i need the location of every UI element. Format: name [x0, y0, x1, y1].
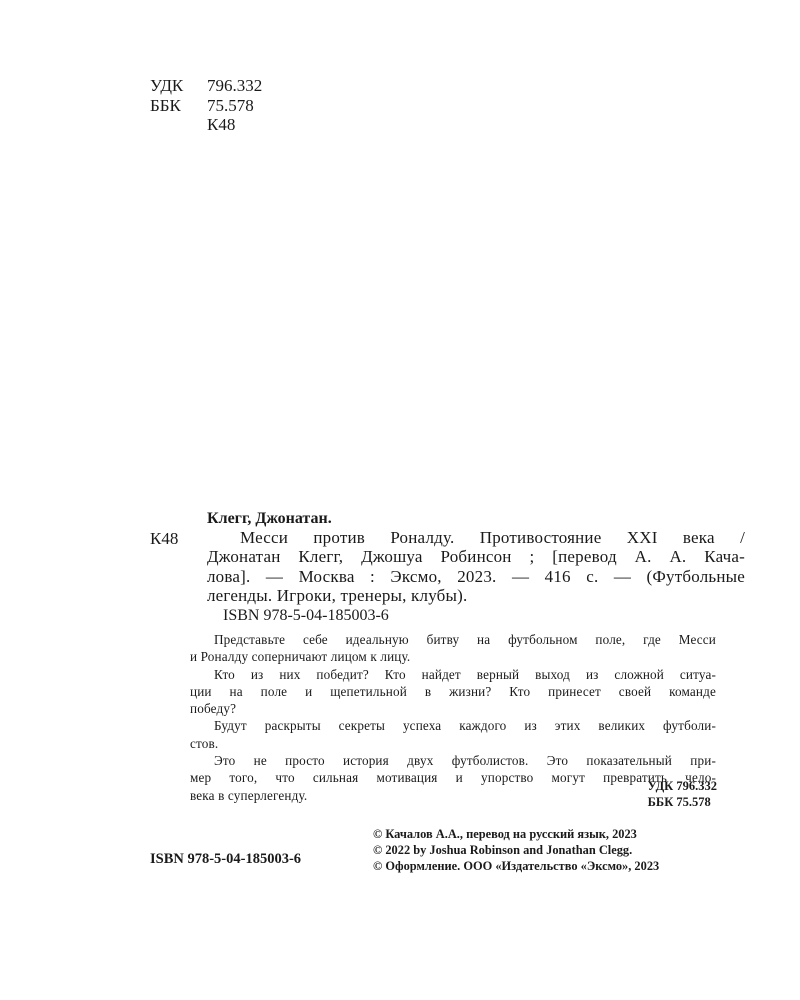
author-mark: К48: [150, 529, 178, 549]
annotation-line: Представьте себе идеальную битву на футб…: [190, 631, 716, 648]
isbn-record: ISBN 978-5-04-185003-6: [223, 607, 389, 625]
bbk-row: ББК 75.578: [150, 96, 262, 116]
biblio-line: Месси против Роналду. Противостояние XXI…: [207, 528, 745, 547]
author-mark-value: К48: [207, 115, 235, 135]
isbn-footer: ISBN 978-5-04-185003-6: [150, 851, 301, 868]
bibliographic-description: Месси против Роналду. Противостояние XXI…: [207, 528, 745, 605]
copyright-block: © Качалов А.А., перевод на русский язык,…: [373, 826, 659, 874]
udk-label: УДК: [150, 76, 207, 96]
annotation-line: Будут раскрыты секреты успеха каждого из…: [190, 717, 716, 734]
annotation: Представьте себе идеальную битву на футб…: [190, 631, 716, 804]
classification-block: УДК 796.332 ББК 75.578 К48: [150, 76, 262, 135]
classification-footer: УДК 796.332 ББК 75.578: [648, 778, 717, 810]
biblio-line: легенды. Игроки, тренеры, клубы).: [207, 586, 745, 605]
annotation-line: ции на поле и щепетильной в жизни? Кто п…: [190, 683, 716, 700]
udk-value: 796.332: [207, 76, 262, 96]
annotation-line: века в суперлегенду.: [190, 787, 716, 804]
bbk-value: 75.578: [207, 96, 254, 116]
bbk-footer: ББК 75.578: [648, 794, 717, 810]
copyright-design: © Оформление. ООО «Издательство «Эксмо»,…: [373, 858, 659, 874]
author-mark-row: К48: [150, 115, 262, 135]
copyright-translation: © Качалов А.А., перевод на русский язык,…: [373, 826, 659, 842]
annotation-line: и Роналду соперничают лицом к лицу.: [190, 648, 716, 665]
udk-footer: УДК 796.332: [648, 778, 717, 794]
udk-row: УДК 796.332: [150, 76, 262, 96]
annotation-line: Это не просто история двух футболистов. …: [190, 752, 716, 769]
bbk-label: ББК: [150, 96, 207, 116]
annotation-line: победу?: [190, 700, 716, 717]
annotation-line: стов.: [190, 735, 716, 752]
author-heading: Клегг, Джонатан.: [207, 510, 332, 528]
annotation-line: мер того, что сильная мотивация и упорст…: [190, 769, 716, 786]
biblio-line: лова]. — Москва : Эксмо, 2023. — 416 с. …: [207, 567, 745, 586]
copyright-original: © 2022 by Joshua Robinson and Jonathan C…: [373, 842, 659, 858]
author-mark-label: [150, 115, 207, 135]
biblio-line: Джонатан Клегг, Джошуа Робинсон ; [перев…: [207, 547, 745, 566]
annotation-line: Кто из них победит? Кто найдет верный вы…: [190, 666, 716, 683]
